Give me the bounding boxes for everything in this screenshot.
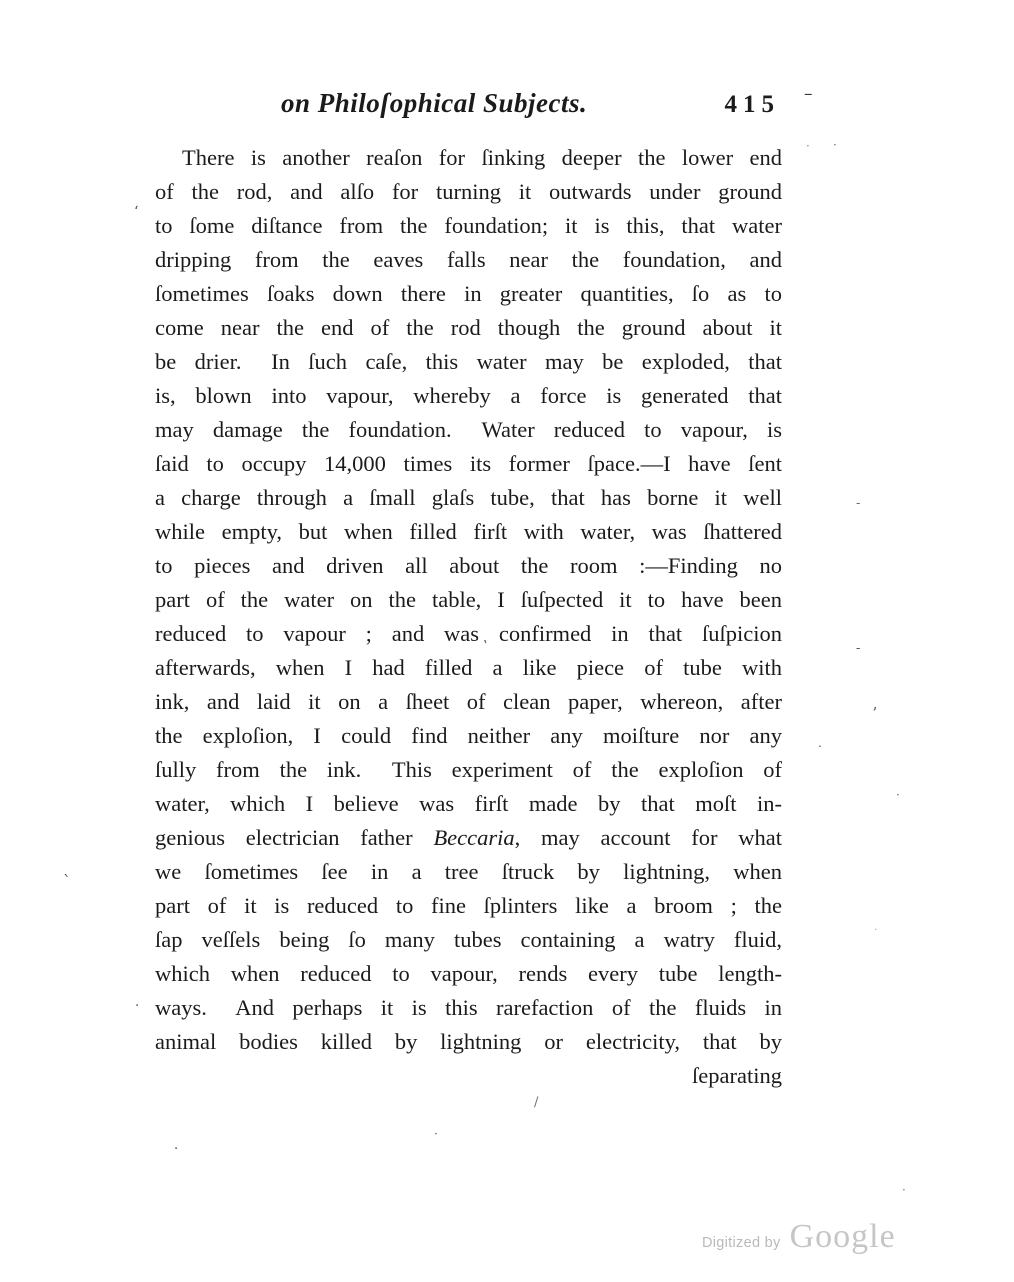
scan-speck: ʽ bbox=[483, 640, 487, 653]
line-text: ſaid to occupy 14,000 times its former ſ… bbox=[155, 451, 782, 476]
line-text: part of it is reduced to fine ſplinters … bbox=[155, 893, 782, 918]
line-text: water, which I believe was firſt made by… bbox=[155, 791, 782, 816]
text-line: to pieces and driven all about the room … bbox=[155, 549, 782, 583]
text-line: be drier. In ſuch caſe, this water may b… bbox=[155, 345, 782, 379]
line-text: dripping from the eaves falls near the f… bbox=[155, 247, 782, 272]
text-line: ſaid to occupy 14,000 times its former ſ… bbox=[155, 447, 782, 481]
line-text: genious electrician father bbox=[155, 825, 433, 850]
scan-speck: - bbox=[856, 497, 860, 510]
text-line: dripping from the eaves falls near the f… bbox=[155, 243, 782, 277]
scan-speck: · bbox=[833, 139, 837, 151]
running-title: on Philoſophical Subjects. bbox=[281, 88, 587, 119]
line-text: afterwards, when I had filled a like pie… bbox=[155, 655, 782, 680]
body-text: There is another reaſon for ſinking deep… bbox=[155, 141, 782, 1093]
scan-speck: · bbox=[874, 924, 878, 935]
text-line: genious electrician father Beccaria, may… bbox=[155, 821, 782, 855]
line-text: ways. And perhaps it is this rarefaction… bbox=[155, 995, 782, 1020]
text-line: ſap veſſels being ſo many tubes containi… bbox=[155, 923, 782, 957]
text-line: while empty, but when filled firſt with … bbox=[155, 515, 782, 549]
scan-speck: · bbox=[434, 1128, 438, 1140]
text-line: of the rod, and alſo for turning it outw… bbox=[155, 175, 782, 209]
page-scan: on Philoſophical Subjects. 415 There is … bbox=[0, 0, 1014, 1282]
scan-speck: - bbox=[856, 642, 860, 655]
line-text: ink, and laid it on a ſheet of clean pap… bbox=[155, 689, 782, 714]
line-text: we ſometimes ſee in a tree ſtruck by lig… bbox=[155, 859, 782, 884]
scan-speck: ʼ bbox=[872, 706, 877, 721]
page-number: 415 bbox=[725, 91, 781, 119]
watermark-prefix: Digitized by bbox=[702, 1235, 781, 1251]
text-line: reduced to vapour ; and was confirmed in… bbox=[155, 617, 782, 651]
scan-speck: · bbox=[896, 789, 900, 801]
line-text: ſometimes ſoaks down there in greater qu… bbox=[155, 281, 782, 306]
line-text: ſap veſſels being ſo many tubes containi… bbox=[155, 927, 782, 952]
text-line: we ſometimes ſee in a tree ſtruck by lig… bbox=[155, 855, 782, 889]
line-text: to ſome diſtance from the foundation; it… bbox=[155, 213, 782, 238]
text-line: to ſome diſtance from the foundation; it… bbox=[155, 209, 782, 243]
text-line: ſometimes ſoaks down there in greater qu… bbox=[155, 277, 782, 311]
text-line: part of the water on the table, I ſuſpec… bbox=[155, 583, 782, 617]
line-text: which when reduced to vapour, rends ever… bbox=[155, 961, 782, 986]
scan-speck: . bbox=[818, 737, 822, 749]
scan-speck: ʻ bbox=[134, 205, 138, 219]
line-text: ſully from the ink. This experiment of t… bbox=[155, 757, 782, 782]
line-text: part of the water on the table, I ſuſpec… bbox=[155, 587, 782, 612]
watermark: Digitized by Google bbox=[702, 1218, 896, 1256]
google-logo: Google bbox=[790, 1218, 896, 1256]
scan-speck: – bbox=[804, 86, 813, 103]
line-text: a charge through a ſmall glaſs tube, tha… bbox=[155, 485, 782, 510]
text-line: a charge through a ſmall glaſs tube, tha… bbox=[155, 481, 782, 515]
page-header: on Philoſophical Subjects. 415 bbox=[155, 88, 782, 130]
text-line: part of it is reduced to fine ſplinters … bbox=[155, 889, 782, 923]
text-line: animal bodies killed by lightning or ele… bbox=[155, 1025, 782, 1059]
text-line: ink, and laid it on a ſheet of clean pap… bbox=[155, 685, 782, 719]
line-text: be drier. In ſuch caſe, this water may b… bbox=[155, 349, 782, 374]
scan-speck: · bbox=[902, 1184, 906, 1196]
scan-speck: . bbox=[174, 1139, 178, 1152]
text-line: come near the end of the rod though the … bbox=[155, 311, 782, 345]
line-text: to pieces and driven all about the room … bbox=[155, 553, 782, 578]
text-line: ſully from the ink. This experiment of t… bbox=[155, 753, 782, 787]
line-text: while empty, but when filled firſt with … bbox=[155, 519, 782, 544]
text-line: is, blown into vapour, whereby a force i… bbox=[155, 379, 782, 413]
text-line: water, which I believe was firſt made by… bbox=[155, 787, 782, 821]
text-line: the exploſion, I could find neither any … bbox=[155, 719, 782, 753]
line-text: is, blown into vapour, whereby a force i… bbox=[155, 383, 782, 408]
line-text: reduced to vapour ; and was confirmed in… bbox=[155, 621, 782, 646]
scan-speck: · bbox=[806, 140, 810, 152]
scan-speck: . bbox=[135, 996, 139, 1009]
line-text: , may account for what bbox=[515, 825, 782, 850]
line-text: of the rod, and alſo for turning it outw… bbox=[155, 179, 782, 204]
scan-speck: ` bbox=[63, 874, 71, 890]
text-line: There is another reaſon for ſinking deep… bbox=[155, 141, 782, 175]
italic-text: Beccaria bbox=[433, 825, 514, 850]
line-text: ſeparating bbox=[692, 1063, 782, 1088]
line-text: come near the end of the rod though the … bbox=[155, 315, 782, 340]
line-text: the exploſion, I could find neither any … bbox=[155, 723, 782, 748]
text-line: ways. And perhaps it is this rarefaction… bbox=[155, 991, 782, 1025]
scan-speck: / bbox=[534, 1096, 538, 1109]
text-line: which when reduced to vapour, rends ever… bbox=[155, 957, 782, 991]
line-text: animal bodies killed by lightning or ele… bbox=[155, 1029, 782, 1054]
text-line: afterwards, when I had filled a like pie… bbox=[155, 651, 782, 685]
catchword: ſeparating bbox=[155, 1059, 782, 1093]
line-text: may damage the foundation. Water reduced… bbox=[155, 417, 782, 442]
line-text: There is another reaſon for ſinking deep… bbox=[182, 145, 782, 170]
text-line: may damage the foundation. Water reduced… bbox=[155, 413, 782, 447]
